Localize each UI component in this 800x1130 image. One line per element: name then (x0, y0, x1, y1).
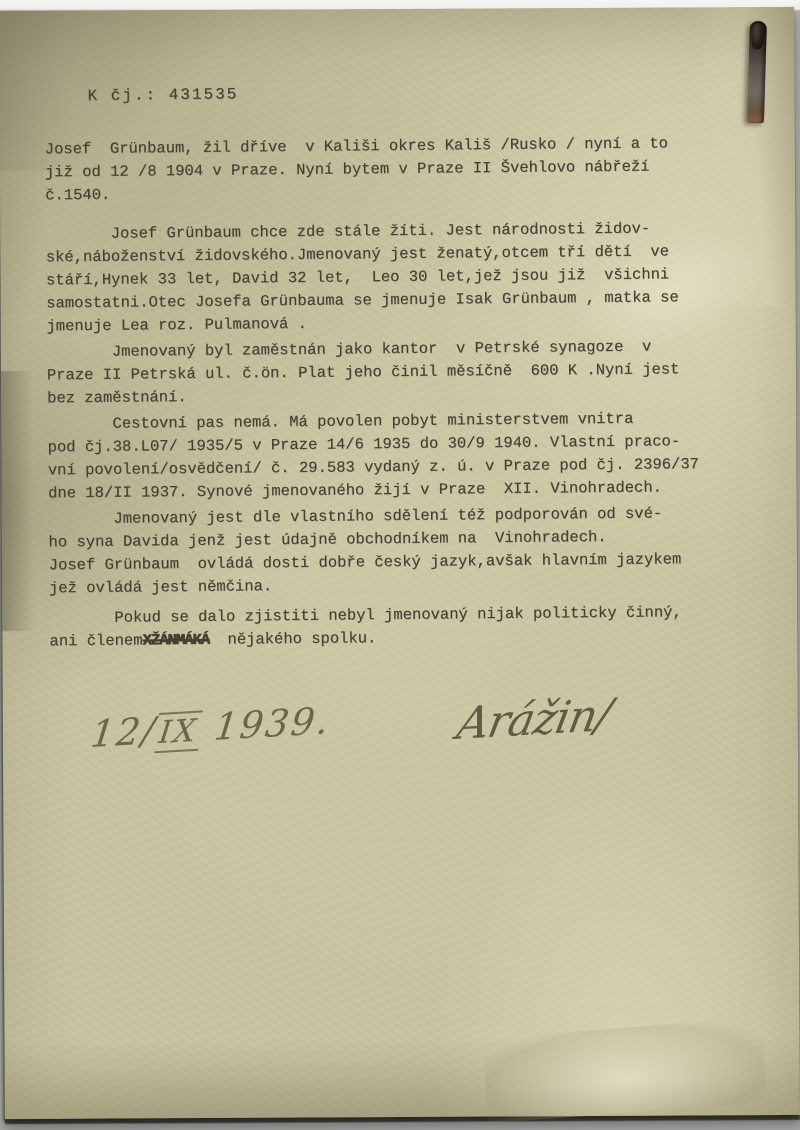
redaction-before: ani členem (49, 631, 142, 650)
date-day: 12/ (89, 709, 160, 756)
paragraph-support-language: Jmenovaný jest dle vlastního sdělení též… (48, 502, 755, 601)
document-page: K čj.: 431535 Josef Grünbaum, žil dříve … (0, 7, 800, 1119)
paragraph-family: Josef Grünbaum chce zde stále žíti. Jest… (45, 217, 752, 339)
date-month-roman: IX (154, 710, 203, 753)
paragraph-political: Pokud se dalo zjistiti nebyl jmenovaný n… (49, 601, 755, 654)
handwritten-row: 12/IX 1939. Arážin/ (3, 685, 799, 799)
signature: Arážin/ (453, 690, 615, 750)
paper-crumple-bottom (482, 1017, 768, 1123)
paragraph-employment: Jmenovaný byl zaměstnán jako kantor v Pe… (47, 335, 754, 411)
fastener-head (751, 23, 764, 49)
handwritten-date: 12/IX 1939. (89, 699, 333, 756)
struck-out-text: XŽÁNMÁKÁ (142, 631, 209, 650)
redaction-after: nějakého spolku. (209, 629, 377, 649)
typewritten-body: Josef Grünbaum, žil dříve v Kališi okres… (45, 132, 756, 657)
paragraph-residence: Josef Grünbaum, žil dříve v Kališi okres… (45, 132, 752, 208)
metal-fastener (747, 21, 767, 123)
paper-shadow-left (1, 371, 42, 631)
reference-number: K čj.: 431535 (87, 85, 238, 105)
date-year: 1939. (212, 699, 333, 749)
paragraph-permits: Cestovní pas nemá. Má povolen pobyt mini… (47, 407, 754, 506)
